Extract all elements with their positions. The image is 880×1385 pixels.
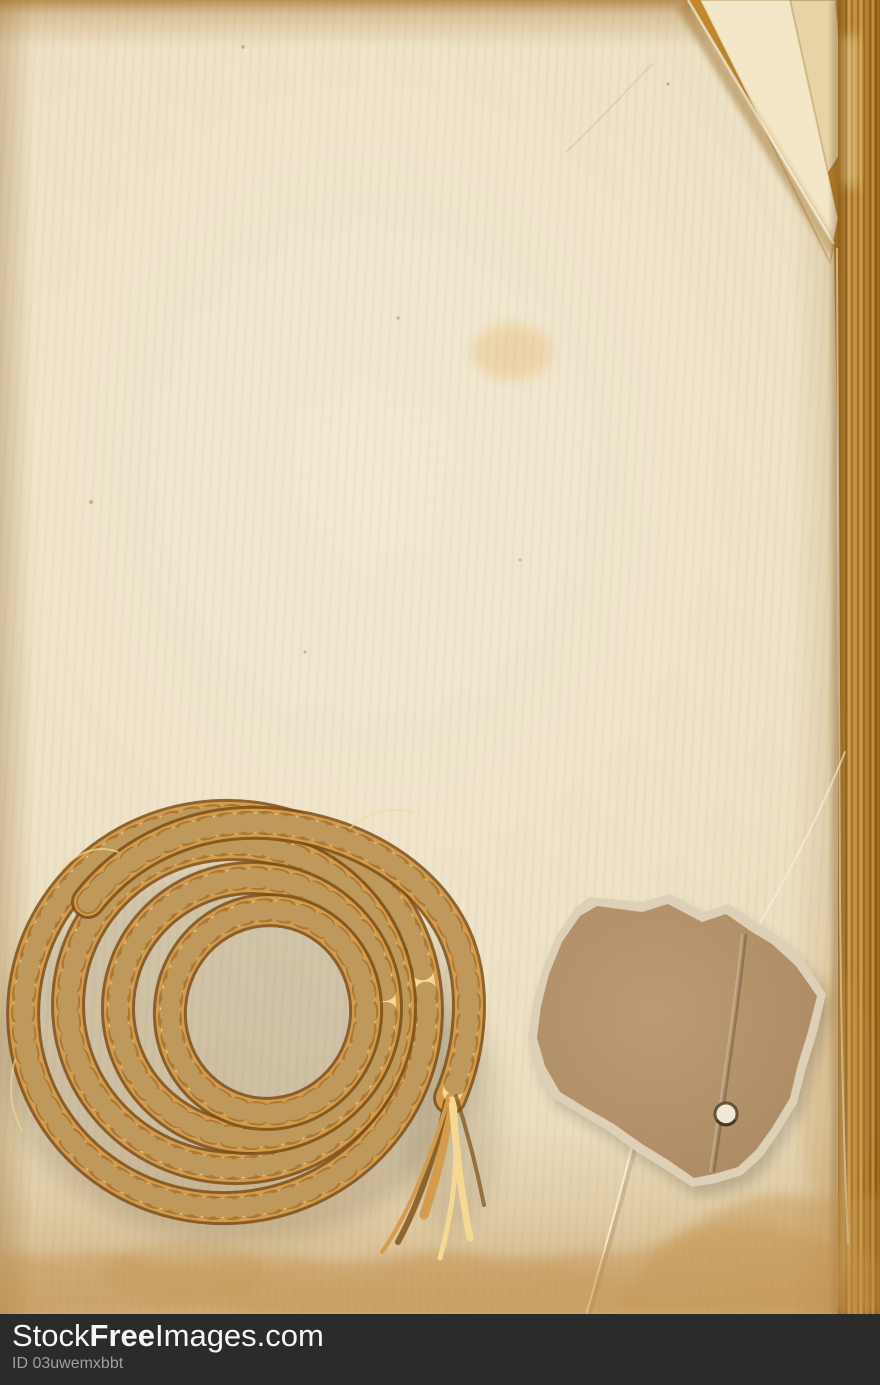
watermark-bar: StockFreeImages.com ID 03uwemxbbt (0, 1314, 880, 1385)
watermark-image-id: ID 03uwemxbbt (12, 1354, 880, 1373)
photo-overlay (0, 0, 880, 1314)
watermark-site-prefix: Stock (12, 1318, 90, 1353)
aged-page-background (0, 0, 880, 1314)
watermark-site-name: StockFreeImages.com (12, 1319, 880, 1353)
crease-line-corner (566, 64, 652, 152)
watermark-site-suffix: Images.com (155, 1318, 324, 1353)
watermark-site-bold: Free (90, 1318, 155, 1353)
curl-highlight (844, 36, 858, 186)
stain-spot-upper (472, 324, 552, 380)
stock-photo: StockFreeImages.com ID 03uwemxbbt (0, 0, 880, 1385)
rope-coil (0, 790, 500, 1258)
cardboard-scrap (528, 894, 831, 1196)
